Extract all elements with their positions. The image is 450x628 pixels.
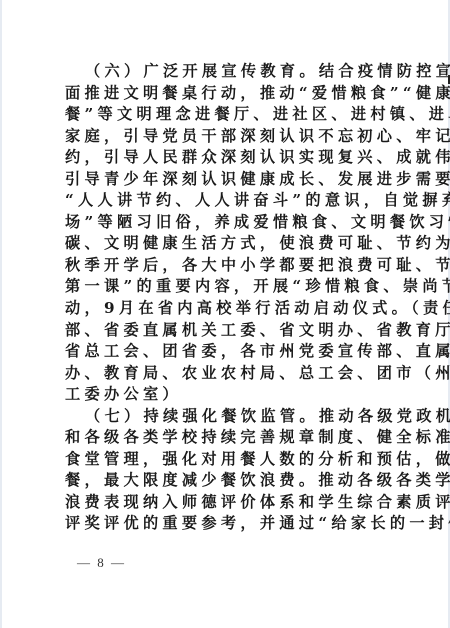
text-line-section-7-heading: （七）持续强化餐饮监管。推动各级党政机关、企事业单位: [65, 406, 401, 428]
text-line: 第一课”的重要内容，开展“珍惜粮食、崇尚节俭”主题教育活: [65, 276, 401, 298]
text-line: 动，9月在省内高校举行活动启动仪式。（责任单位：省委宣传: [65, 298, 401, 320]
text-line: 餐，最大限度减少餐饮浪费。推动各级各类学校将厉行节约反对: [65, 470, 401, 492]
text-line: 食堂管理，强化对用餐人数的分析和预估，做到按需做餐、配: [65, 449, 401, 471]
text-line: 餐”等文明理念进餐厅、进社区、进村镇、进单位、进校园、进: [65, 104, 401, 126]
text-line: 家庭，引导党员干部深刻认识不忘初心、牢记使命需要勤俭节: [65, 126, 401, 148]
text-line: 部、省委直属机关工委、省文明办、省教育厅、省农业农村厅、: [65, 320, 401, 342]
text-line: “人人讲节约、人人讲奋斗”的意识，自觉摒弃“爱面子、讲排: [65, 190, 401, 212]
document-body: （六）广泛开展宣传教育。结合疫情防控宣传教育活动，全 面推进文明餐桌行动，推动“…: [65, 61, 401, 535]
text-line: 碳、文明健康生活方式，使浪费可耻、节约为荣成为广泛共识。: [65, 233, 401, 255]
text-line: 评奖评优的重要参考，并通过“给家长的一封信”等多种形式，: [65, 513, 401, 535]
text-line: 浪费表现纳入师德评价体系和学生综合素质评价体系，作为师生: [65, 492, 401, 514]
text-line: 工委办公室）: [65, 384, 401, 406]
page-number: — 8 —: [77, 555, 126, 571]
text-line: 和各级各类学校持续完善规章制度、健全标准措施，进一步加强: [65, 427, 401, 449]
text-line: 秋季开学后，各大中小学都要把浪费可耻、节约为荣作为“开学: [65, 255, 401, 277]
text-line: 省总工会、团省委，各市州党委宣传部、直属机关工委、文明: [65, 341, 401, 363]
text-line: 约，引导人民群众深刻认识实现复兴、成就伟业需要勤俭节约，: [65, 147, 401, 169]
text-line: 办、教育局、农业农村局、总工会、团市（州）委，兰州新区党: [65, 363, 401, 385]
text-line: 引导青少年深刻认识健康成长、发展进步需要勤俭节约，树牢: [65, 169, 401, 191]
text-line: 面推进文明餐桌行动，推动“爱惜粮食”“健康生活”“科学用: [65, 83, 401, 105]
text-line-section-6-heading: （六）广泛开展宣传教育。结合疫情防控宣传教育活动，全: [65, 61, 401, 83]
text-line: 场”等陋习旧俗，养成爱惜粮食、文明餐饮习惯，践行绿色低: [65, 212, 401, 234]
document-page: （六）广泛开展宣传教育。结合疫情防控宣传教育活动，全 面推进文明餐桌行动，推动“…: [0, 0, 450, 628]
